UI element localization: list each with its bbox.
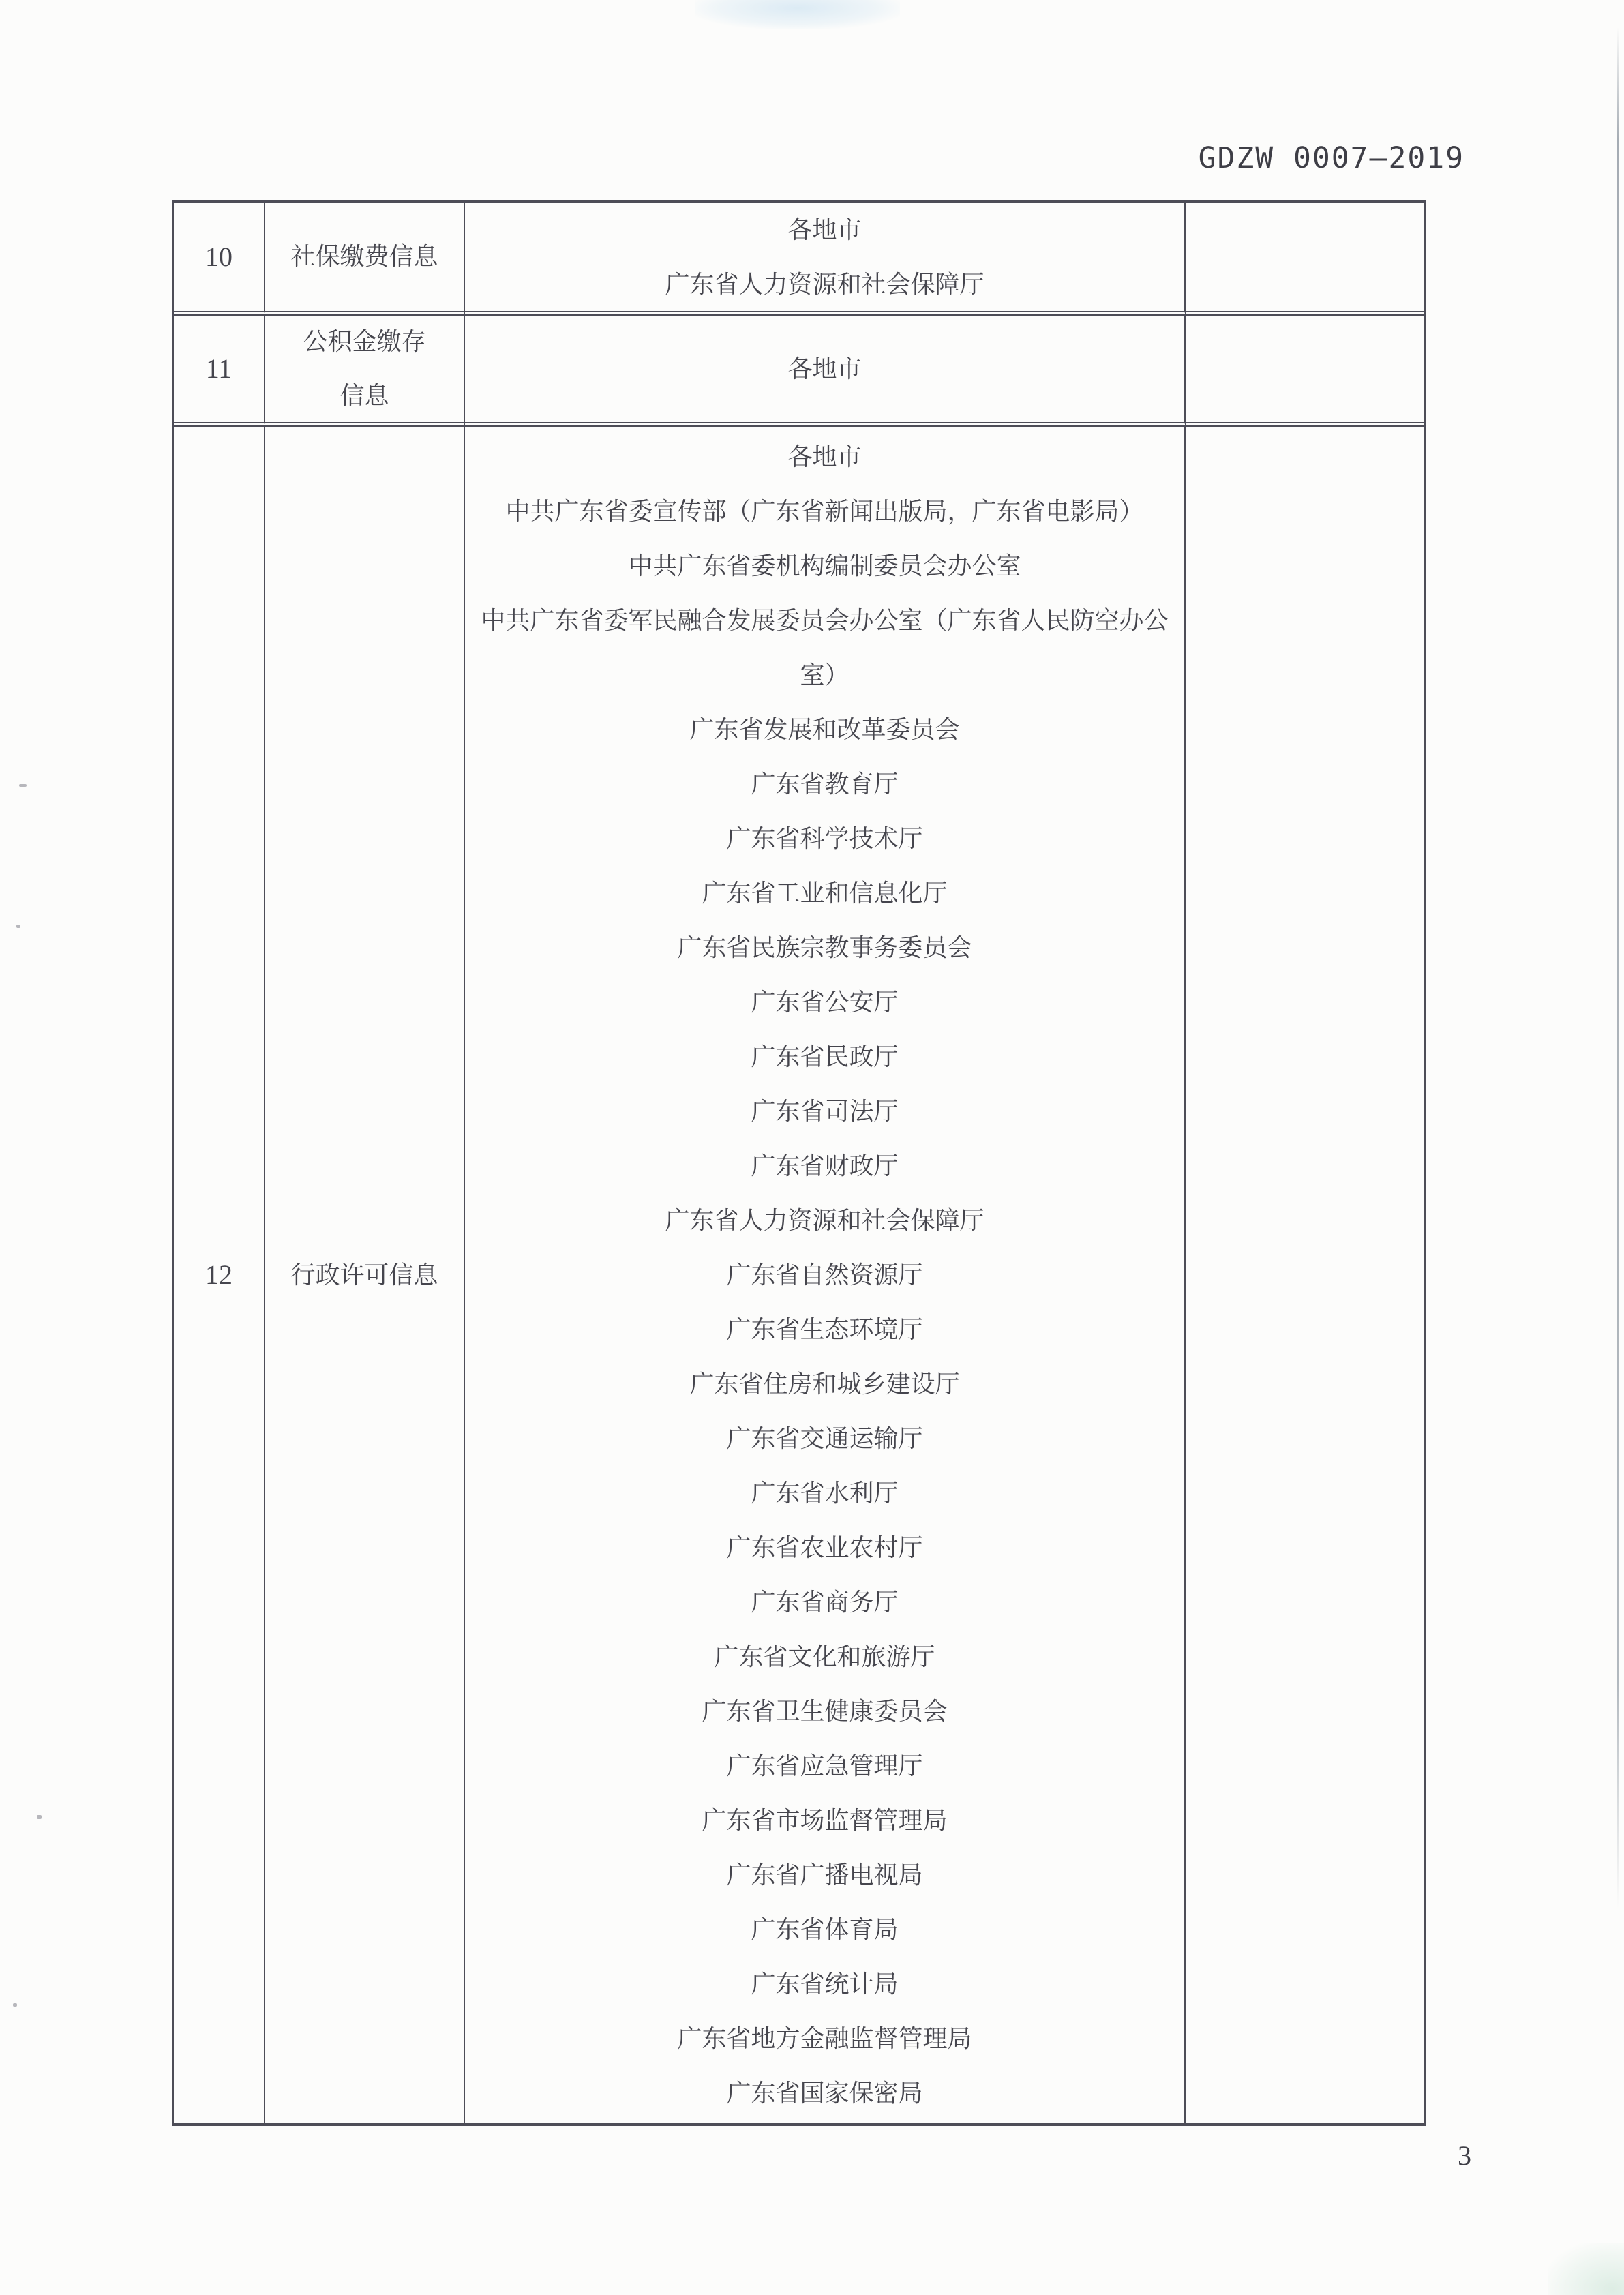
scan-speck [37, 1815, 42, 1819]
source-line: 各地市 [477, 342, 1172, 396]
source-line: 中共广东省委机构编制委员会办公室 [477, 539, 1172, 593]
row-number: 10 [205, 243, 232, 271]
source-line: 广东省生态环境厅 [477, 1302, 1172, 1357]
source-line: 广东省自然资源厅 [477, 1248, 1172, 1302]
source-line: 中共广东省委军民融合发展委员会办公室（广东省人民防空办公室） [477, 593, 1172, 702]
remark-cell [1186, 316, 1424, 427]
scan-smudge-artifact [695, 0, 900, 29]
source-line: 广东省工业和信息化厅 [477, 866, 1172, 920]
page-number: 3 [1444, 2140, 1485, 2172]
row-number-cell: 10 [174, 202, 265, 316]
page-edge-shadow [1617, 27, 1619, 1909]
category-cell: 行政许可信息 [265, 427, 465, 2123]
remark-cell [1186, 202, 1424, 316]
category-cell: 公积金缴存信息 [265, 316, 465, 427]
source-line: 广东省发展和改革委员会 [477, 702, 1172, 757]
source-line: 广东省文化和旅游厅 [477, 1630, 1172, 1684]
source-line: 广东省地方金融监督管理局 [477, 2011, 1172, 2066]
scan-speck [16, 925, 20, 928]
row-number-cell: 12 [174, 427, 265, 2123]
scan-speck [13, 2003, 17, 2007]
category-cell: 社保缴费信息 [265, 202, 465, 316]
source-line: 广东省人力资源和社会保障厅 [477, 257, 1172, 312]
source-line: 广东省公安厅 [477, 975, 1172, 1030]
source-line: 广东省市场监督管理局 [477, 1793, 1172, 1848]
source-line: 广东省卫生健康委员会 [477, 1684, 1172, 1739]
source-line: 广东省教育厅 [477, 757, 1172, 811]
source-line: 广东省统计局 [477, 1957, 1172, 2011]
row-number: 11 [206, 355, 232, 382]
source-line: 广东省交通运输厅 [477, 1411, 1172, 1466]
source-line: 中共广东省委宣传部（广东省新闻出版局，广东省电影局） [477, 484, 1172, 539]
category-line: 行政许可信息 [265, 1248, 464, 1302]
scan-corner-tint [1548, 2243, 1624, 2295]
source-line: 广东省国家保密局 [477, 2066, 1172, 2120]
sources-cell: 各地市 [465, 316, 1186, 427]
source-line: 广东省司法厅 [477, 1084, 1172, 1139]
source-line: 广东省体育局 [477, 1902, 1172, 1957]
source-line: 广东省人力资源和社会保障厅 [477, 1193, 1172, 1248]
source-line: 各地市 [477, 202, 1172, 257]
sources-cell: 各地市广东省人力资源和社会保障厅 [465, 202, 1186, 316]
source-line: 广东省民族宗教事务委员会 [477, 920, 1172, 975]
source-line: 广东省民政厅 [477, 1030, 1172, 1084]
scanned-page: GDZW 0007—2019 10社保缴费信息各地市广东省人力资源和社会保障厅1… [0, 0, 1624, 2295]
row-number-cell: 11 [174, 316, 265, 427]
category-line: 信息 [265, 369, 464, 423]
document-code: GDZW 0007—2019 [1199, 141, 1464, 175]
data-table: 10社保缴费信息各地市广东省人力资源和社会保障厅11公积金缴存信息各地市12行政… [172, 200, 1426, 2126]
category-line: 公积金缴存 [265, 316, 464, 369]
source-line: 广东省财政厅 [477, 1139, 1172, 1193]
remark-cell [1186, 427, 1424, 2123]
source-line: 广东省应急管理厅 [477, 1739, 1172, 1793]
source-line: 各地市 [477, 430, 1172, 484]
source-line: 广东省商务厅 [477, 1575, 1172, 1630]
source-line: 广东省水利厅 [477, 1466, 1172, 1520]
source-line: 广东省住房和城乡建设厅 [477, 1357, 1172, 1411]
source-line: 广东省科学技术厅 [477, 811, 1172, 866]
source-line: 广东省广播电视局 [477, 1848, 1172, 1902]
category-line: 社保缴费信息 [265, 230, 464, 284]
scan-speck [19, 784, 27, 787]
row-number: 12 [205, 1261, 232, 1289]
sources-cell: 各地市中共广东省委宣传部（广东省新闻出版局，广东省电影局）中共广东省委机构编制委… [465, 427, 1186, 2123]
source-line: 广东省农业农村厅 [477, 1520, 1172, 1575]
